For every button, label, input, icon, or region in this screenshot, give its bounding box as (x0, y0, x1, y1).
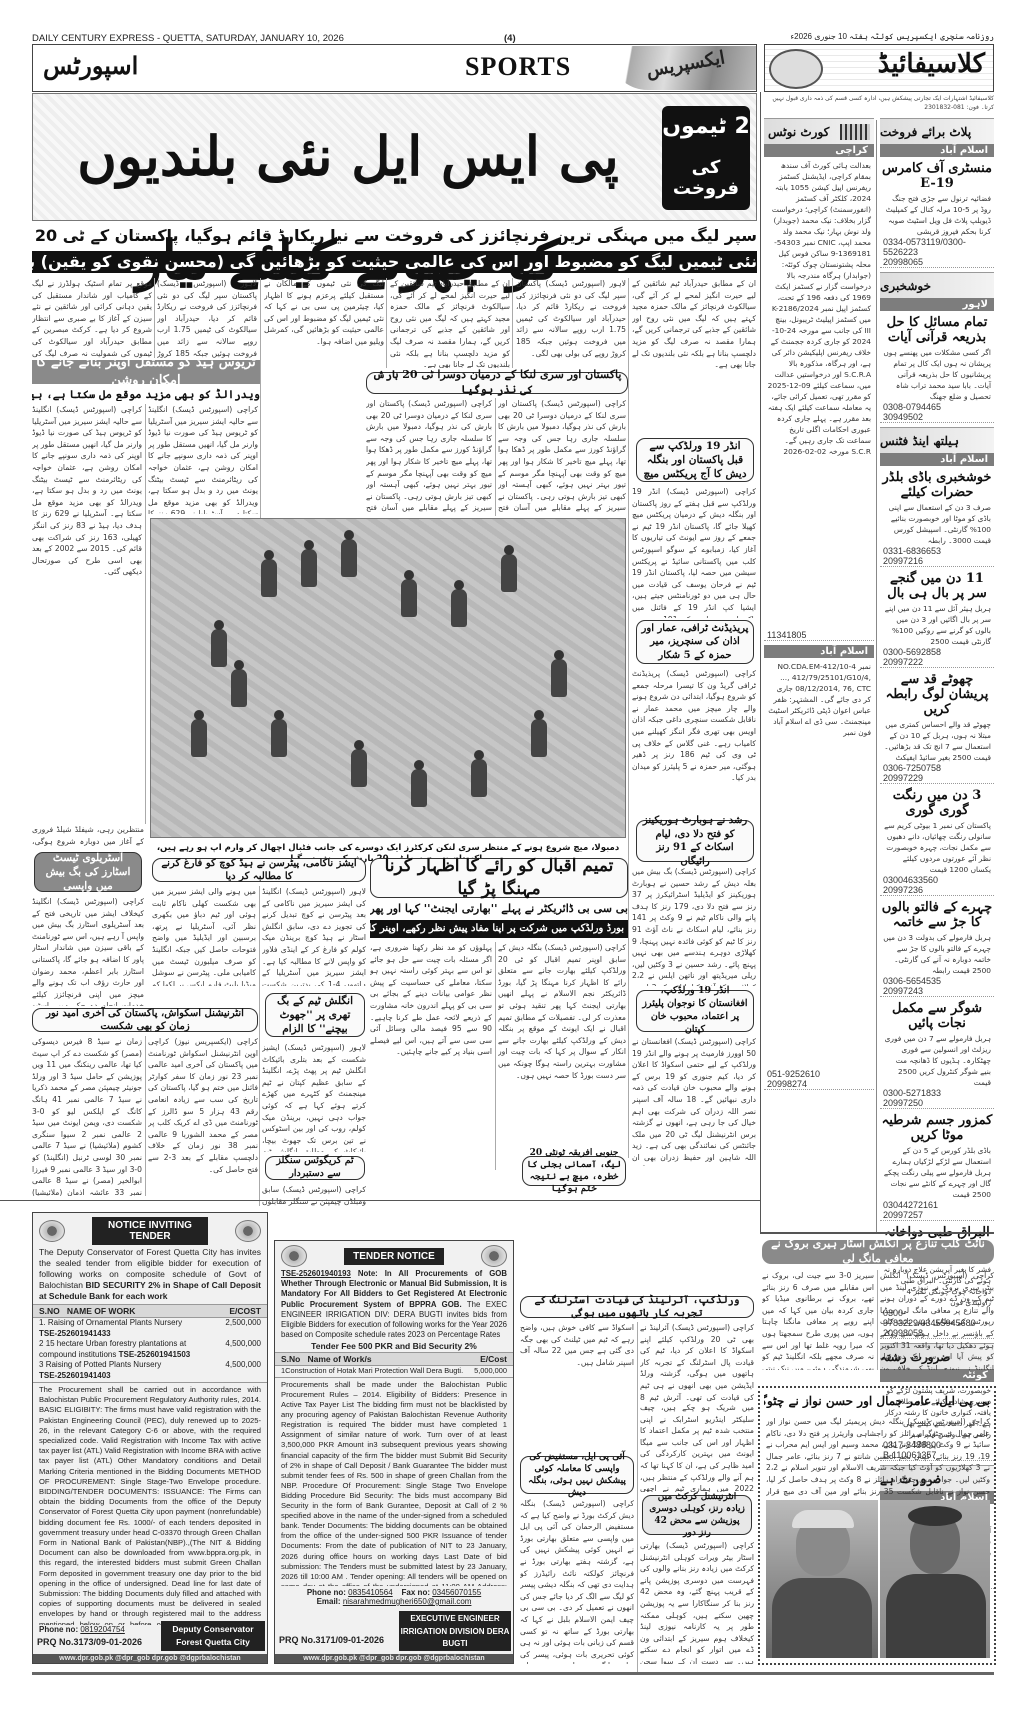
ad-ref: 20997243 (880, 986, 994, 997)
ad-ref: 20997216 (880, 556, 994, 567)
irrigation-tender-row: 1Construction of Hotak Mari Protection W… (275, 1366, 513, 1378)
row-no: 3 (39, 1360, 43, 1369)
irrigation-tender-body: Procurements shall be made under the Bal… (275, 1380, 513, 1586)
forest-tender-notice: NOTICE INVITING TENDER The Deputy Conser… (32, 1212, 268, 1664)
phone-label: Phone no: (39, 1625, 78, 1634)
ad-headline: 11 دن میں گنجے سر پر بال ہی بال (880, 571, 994, 601)
express-logo-text: ایکسپریس (645, 47, 727, 81)
kohli-body-2: کراچی (اسپورٹس ڈیسک) بھارتی اسٹار بیٹر و… (640, 1540, 754, 1664)
ad-phone: 0300-5692858 (880, 647, 994, 657)
ad-body: صرف 3 دن کے استعمال سے اپنی باڈی کو موٹا… (880, 502, 994, 546)
srilanka-warmup-photo (150, 518, 626, 838)
srilanka-headline: پاکستان اور سری لنکا کے درمیان دوسرا ٹی … (366, 372, 628, 394)
col-sno: S.No (281, 1354, 300, 1364)
player-photo-aamer-jamal (880, 1500, 990, 1658)
dpr-social-footer: www.dpr.gob.pk @dpr_gob dpr.gob @dgprbal… (275, 1654, 513, 1663)
lead-body-col-6: ان کے مطابق حیدرآباد ٹیم شائقین کے لیے ح… (632, 278, 756, 438)
forest-department-emblem-icon (235, 1220, 261, 1242)
kreigus-body: کراچی (اسپورٹس ڈیسک) سابق ومبلڈن چیمپئن … (262, 1184, 366, 1206)
ireland-body-1: کراچی (اسپورٹس ڈیسک) آئرلینڈ نے بھی ٹی 2… (640, 1322, 754, 1402)
court-notice-block: کورٹ نوٹس کراچی بعدالت ہائی کورٹ آف سندھ… (764, 118, 874, 1094)
bpl-box: بی پی ایل، عامر جمال اور حسن نواز نے چٹو… (758, 1386, 996, 1665)
col-name: Name of Work/s (307, 1354, 371, 1364)
forest-tender-table-header: S.NO NAME OF WORK E/COST (33, 1304, 267, 1318)
ad-phone: 03004633560 (880, 875, 994, 885)
row-cost: 2,500,000 (225, 1318, 261, 1339)
forest-tender-prq: PRQ No.3173/09-01-2026 (37, 1637, 142, 1647)
row-name: Construction of Hotak Mari Protection Wa… (285, 1366, 463, 1375)
row-no: 2 (39, 1339, 43, 1348)
kohli-body-1: میں شریک ہو چکے ہیں، چیف سلیکٹر اینڈریو … (640, 1402, 754, 1492)
forest-tender-title: NOTICE INVITING TENDER (92, 1217, 208, 1245)
classified-title: کلاسیفائیڈ (878, 49, 985, 79)
lead-headline-box: پی ایس ایل نئی بلندیوں کو چھونے کیلئے تی… (32, 93, 757, 221)
ad-body: ہربل فارمولے کی بدولت 3 دن میں چہرے کے ف… (880, 932, 994, 976)
teams-sold-badge: 2 ٹیموں کی فروخت (662, 106, 750, 210)
row-name: Raising of Ornamental Plants Nursery (48, 1318, 182, 1327)
ad-headline: شوگر سے مکمل نجات پائیں (880, 1001, 994, 1031)
ad-ref: 20997229 (880, 773, 994, 784)
court-notice-ref: 11341805 (764, 630, 874, 641)
tamim-body-1: کراچی (اسپورٹس ڈیسک) بنگلہ دیش کے سابق ا… (498, 942, 626, 1170)
irrigation-table-header: S.No Name of Work/s E/Cost (275, 1352, 513, 1366)
aus-stars-lead-in: منتظرین رہی، شیفلڈ شیلڈ فروری کے آغاز می… (32, 824, 144, 848)
ireland-body-2: اسکواڈ سے کافی خوش ہیں، واضح رہے کہ ٹیم … (520, 1322, 634, 1452)
forest-tender-body: The Procurement shall be carried out in … (33, 1385, 267, 1625)
phone-label: Phone no: (307, 1588, 346, 1597)
ad-ref: 20997222 (880, 657, 994, 668)
president-trophy-body: کراچی (اسپورٹس ڈیسک) پریذیڈنٹ ٹرافی گریڈ… (632, 668, 756, 816)
kohli-headline: انٹرنیشنل کرکٹ میں زیادہ رنز، کوہلی دوسر… (642, 1495, 752, 1535)
travis-head-body-1: کراچی (اسپورٹس ڈیسک) انگلینڈ سے حالیہ ای… (32, 404, 142, 824)
sports-urdu-title: اسپورٹس (43, 51, 138, 80)
u19-practice-headline: انڈر 19 ورلڈکپ سے قبل پاکستان اور بنگلہ … (636, 438, 754, 482)
classified-banner: کلاسیفائیڈ (764, 44, 994, 92)
balochistan-emblem-icon (39, 1220, 65, 1242)
page-bottom-rule (32, 1672, 994, 1675)
lead-body-col-1: موقع پر تمام اسٹیک ہولڈرز نے لیگ کے کامی… (32, 278, 152, 358)
player-photo-hasan-nawaz (766, 1500, 878, 1658)
aus-stars-headline: آسٹریلوی ٹیسٹ اسٹارز کی بگ بیش میں واپسی (34, 852, 142, 892)
express-logo-graphic: ایکسپریس (608, 46, 756, 90)
irrigation-email[interactable]: nisarahmedmugheri650@gmail.com (343, 1597, 472, 1606)
city-bar: اسلام آباد (880, 453, 994, 466)
row-name: Raising of Potted Plants Nursery (46, 1360, 162, 1369)
health-fitness-header: ہیلتھ اینڈ فٹنس (880, 427, 994, 453)
ad-headline: تمام مسائل کا حل بذریعہ قرآنی آیات (880, 315, 994, 345)
forest-tender-row: 3 Raising of Potted Plants NurseryTSE-25… (33, 1360, 267, 1383)
squash-headline: انٹرنیشنل اسکواش، پاکستان کی آخری امید ن… (32, 1008, 258, 1032)
badge-bottom: کی فروخت (662, 157, 750, 199)
col-cost: E/COST (229, 1306, 261, 1316)
harry-brook-body-1: کراچی (اسپورٹس ڈیسک) انگلش بیٹر ہیری برو… (880, 1270, 994, 1370)
irrigation-fax[interactable]: 03456070155 (432, 1588, 481, 1597)
ad-phone: 0331-6836653 (880, 546, 994, 556)
ad-body: باڈی بلڈر کورس کے 5 دن کے استعمال سے لڑک… (880, 1145, 994, 1200)
court-notice-header: کورٹ نوٹس (764, 118, 874, 144)
u19-practice-body: کراچی (اسپورٹس ڈیسک) انڈر 19 ورلڈکپ سے ق… (632, 486, 756, 618)
lead-black-strap: نئی ٹیمیں لیگ کو مضبوط اور اس کی عالمی ح… (32, 251, 757, 273)
row-no: 1. (39, 1318, 46, 1327)
ad-body: اگر کسی مشکلات میں پھنسے ہوں پریشان نہ ہ… (880, 347, 994, 402)
forest-tender-row: 2 15 hectare Urban forestry plantations … (33, 1339, 267, 1360)
ireland-headline: ورلڈکپ، آئرلینڈ کی قیادت اسٹرلنگ کے تجرب… (520, 1296, 754, 1318)
sports-banner: اسپورٹس SPORTS ایکسپریس (32, 44, 757, 92)
cda-notice-body: نمبر NO.CDA.EM-412/10-4 ..., 412/79/2510… (764, 661, 874, 1069)
ad-body: چھوٹے قد والے احساس کمتری میں مبتلا نہ ہ… (880, 719, 994, 763)
balochistan-emblem-icon (281, 1245, 307, 1267)
ad-ref: 30949502 (880, 412, 994, 423)
badge-top: 2 ٹیموں (662, 114, 750, 139)
lead-body-col-4: ان کے مطابق حیدرآباد ٹیم شائقین کے لیے ح… (390, 278, 510, 368)
rashid-body: کراچی (اسپورٹس ڈیسک) بگ بیش میں بغلہ دیش… (632, 866, 756, 986)
cda-ref: 20998274 (764, 1079, 874, 1090)
english-team-body: لاہور (اسپورٹس ڈیسک) ایشیز شکست کے بعد ب… (262, 1042, 366, 1152)
ad-phone: 0300-5271833 (880, 1088, 994, 1098)
health-fitness-title: ہیلتھ اینڈ فٹنس (880, 434, 959, 448)
ad-phone: 0334-0573119/0300-5526223 (880, 237, 994, 257)
pietersen-headline: ایشز ناکامی، پیٹرسن نے ہیڈ کوچ کو فارغ ک… (152, 858, 366, 882)
masthead-english-line: DAILY CENTURY EXPRESS - QUETTA, SATURDAY… (32, 33, 344, 44)
city-bar: اسلام آباد (880, 144, 994, 157)
irrigation-phone[interactable]: 0835410564 (348, 1588, 393, 1597)
squash-body-2: زمان نے سیڈ 8 فیرس دیسوکی (مصر) کو شکست … (32, 1036, 142, 1196)
ad-phone: 0306-5654535 (880, 976, 994, 986)
bpl-headline: بی پی ایل، عامر جمال اور حسن نواز نے چٹو… (764, 1394, 990, 1408)
irrigation-fee-line: Tender Fee 500 PKR and Bid Security 2% (275, 1341, 513, 1351)
ipl-mustafiz-headline: آئی پی ایل، مستفیض کی واپسی کا معاملہ کو… (520, 1456, 634, 1494)
col-sno: S.NO (39, 1306, 60, 1316)
email-label: Email: (317, 1597, 341, 1606)
irrigation-tender-notice: TENDER NOTICE TSE-252601940193 Note: In … (274, 1240, 514, 1664)
tamim-headline: تمیم اقبال کو رائے کا اظہار کرنا مہنگا پ… (370, 858, 628, 898)
classified-right-column: پلاٹ برائے فروخت اسلام آباد منسٹری آف کا… (880, 118, 994, 1593)
srilanka-body-2: کراچی (اسپورٹس ڈیسک) پاکستان اور سری لنک… (498, 398, 626, 516)
afghan-headline: انڈر 19 ورلڈکپ، افغانستان کا نوجوان پلیئ… (636, 990, 754, 1032)
ad-ref: 20997257 (880, 1210, 994, 1221)
classified-disclaimer: کلاسیفائیڈ اشتہارات ایک تجارتی پیشکش ہیں… (764, 94, 994, 112)
ad-phone: 0306-7250758 (880, 763, 994, 773)
cda-phone: 051-9252610 (764, 1069, 874, 1079)
travis-head-body-2: کراچی (اسپورٹس ڈیسک) انگلینڈ سے حالیہ ای… (148, 404, 258, 514)
srilanka-body-1: کراچی (اسپورٹس ڈیسک) پاکستان اور سری لنک… (366, 398, 492, 516)
ipl-mustafiz-body: کراچی (اسپورٹس ڈیسک) بنگلہ دیش کرکٹ بورڈ… (520, 1498, 634, 1664)
city-bar-karachi: کراچی (764, 144, 874, 157)
fax-label: Fax no: (402, 1588, 430, 1597)
harry-brook-headline: نائٹ کلب تنازع پر انگلش اسٹار ہیری بروک … (762, 1240, 994, 1264)
ad-body: ہربل ہیئر آئل سے 11 دن میں اپنے سر پر با… (880, 603, 994, 647)
city-bar-islamabad: اسلام آباد (764, 645, 874, 658)
forest-tender-row: 1. Raising of Ornamental Plants NurseryT… (33, 1318, 267, 1339)
sa20-headline: جنوبی افریقہ ٹونٹی 20 لیگ، آسمانی بجلی ک… (522, 1156, 626, 1186)
tamim-body-2: پہلوؤں کو مد نظر رکھنا ضروری ہے، اگر مسئ… (370, 942, 492, 1170)
lead-body-col-2: لاہور (اسپورٹس ڈیسک) پاکستان سپر لیگ کی … (157, 278, 257, 358)
city-bar: کوئٹہ (880, 1369, 994, 1382)
squash-body-1: کراچی (ایکسپریس نیوز) کراچی اوپن انٹرنیش… (148, 1036, 258, 1196)
lead-body-col-5: لاہور (اسپورٹس ڈیسک) پاکستان سپر لیگ کی … (516, 278, 626, 368)
row-cost: 4,500,000 (225, 1360, 261, 1381)
afghan-body: کراچی (اسپورٹس ڈیسک) افغانستان نے 50 اوو… (632, 1036, 756, 1166)
forest-tender-phone[interactable]: 0819204754 (80, 1625, 125, 1634)
ad-headline: خوشخبری باڈی بلڈر حضرات کیلئے (880, 470, 994, 500)
court-notice-title: کورٹ نوٹس (768, 125, 829, 139)
irrigation-tse: TSE-252601940193 (281, 1269, 351, 1278)
tamim-black-strap: بورڈ ورلڈکپ میں شرکت پر اپنا مفاد پیش نظ… (370, 920, 628, 938)
ad-headline: 3 دن میں رنگت گوری گوری (880, 788, 994, 818)
ad-headline: کمزور جسم شرطیہ موٹا کریں (880, 1113, 994, 1143)
col-cost: E/Cost (480, 1354, 507, 1364)
court-notice-body: بعدالت ہائی کورٹ آف سندھ بمقام کراچی، ای… (764, 160, 874, 630)
president-trophy-headline: پریذیڈنٹ ٹرافی، عمار اور اذان کی سنچریز،… (636, 620, 754, 664)
harry-brook-body-2: سیریز 0-3 سے جیت لی، بروک نے اس مقابلے م… (762, 1270, 874, 1370)
city-bar: لاہور (880, 298, 994, 311)
ad-body: ہربل فارمولے سے 7 دن میں فوری ریزلٹ اور … (880, 1033, 994, 1088)
ad-body: فضائیہ ترنول سے جڑی فتح جنگ روڈ پر 5-10 … (880, 193, 994, 237)
magnifier-icon (769, 49, 823, 89)
english-team-headline: انگلش ٹیم کے بگ تھری پر ''جھوٹ بیچنے'' ک… (265, 993, 365, 1037)
irrigation-prq: PRQ No.3171/09-01-2026 (279, 1635, 384, 1645)
kreigus-headline: ٹم کریگوئس سنگلز سے دستبردار (265, 1156, 365, 1180)
irrigation-signatory: EXECUTIVE ENGINEER IRRIGATION DIVISION D… (399, 1611, 511, 1651)
ad-headline: منسٹری آف کامرس E-19 (880, 161, 994, 191)
plot-for-sale-title: پلاٹ برائے فروخت (880, 125, 971, 139)
ad-headline: چہرے کے فالتو بالوں کا جڑ سے خاتمہ (880, 900, 994, 930)
row-cost: 4,500,000 (225, 1339, 261, 1360)
ad-body: پاکستان کی نمبر 1 بیوٹی کریم سے سانولی ر… (880, 820, 994, 875)
row-tse: TSE-252601941403 (39, 1371, 111, 1380)
tamim-subheadline: بی سی بی ڈائریکٹر نے پہلے ''بھارتی ایجنٹ… (370, 902, 628, 915)
row-tse: TSE-252601941433 (39, 1329, 111, 1338)
bpl-body: کراچی (اسپورٹس ڈیسک) بنگلہ دیش پریمیئر ل… (766, 1416, 990, 1496)
aus-stars-body: کراچی (اسپورٹس ڈیسک) انگلینڈ کیخلاف ایشز… (32, 896, 144, 1006)
court-building-icon (840, 124, 870, 140)
ad-ref: 20997250 (880, 1098, 994, 1109)
good-news-header: خوشخبری (880, 272, 994, 298)
dpr-social-footer: www.dpr.gob.pk @dpr_gob dpr.gob @dgprbal… (33, 1654, 267, 1663)
ad-phone: 03044272161 (880, 1200, 994, 1210)
sports-english-title: SPORTS (465, 52, 571, 82)
ad-headline: چھوٹے قد سے پریشان لوگ رابطہ کریں (880, 672, 994, 717)
col-name: NAME OF WORK (67, 1306, 135, 1316)
ad-phone: 0308-0794465 (880, 402, 994, 412)
masthead-urdu-line: روزنامہ سنچری ایکسپریس کوئٹہ ہفتہ 10 جنو… (774, 32, 994, 41)
plot-for-sale-header: پلاٹ برائے فروخت (880, 118, 994, 144)
travis-head-subheadline: ویدرالڈ کو بھی مزید موقع مل سکتا ہے، بیٹ… (32, 388, 260, 401)
ad-ref: 20998065 (880, 257, 994, 268)
row-cost: 5,000,000 (474, 1366, 507, 1377)
travis-head-headline: ٹریوس ہیڈ کو مستقل اوپنر بنائے جانے کا ا… (32, 360, 260, 384)
irrigation-emblem-icon (481, 1245, 507, 1267)
rashid-headline: رشد نے ہوبارٹ ہوریکینز کو فتح دلا دی، لی… (636, 820, 754, 862)
lead-subheadline: سپر لیگ میں مہنگی ترین فرنچائزز کی فروخت… (32, 226, 757, 248)
pietersen-body-1: لاہور (اسپورٹس ڈیسک) انگلینڈ کی ایشز سیر… (262, 886, 366, 986)
forest-tender-signatory: Deputy Conservator Forest Quetta City (161, 1621, 265, 1651)
row-tse: TSE-252601941503 (119, 1350, 191, 1359)
irrigation-tender-title: TENDER NOTICE (344, 1248, 444, 1265)
pietersen-body-2: میں ہونے والی ایشز سیریز میں بھی شکست کھ… (152, 886, 256, 986)
good-news-title: خوشخبری (880, 279, 931, 293)
ad-ref: 20997236 (880, 885, 994, 896)
page-number: (4) (504, 33, 516, 44)
